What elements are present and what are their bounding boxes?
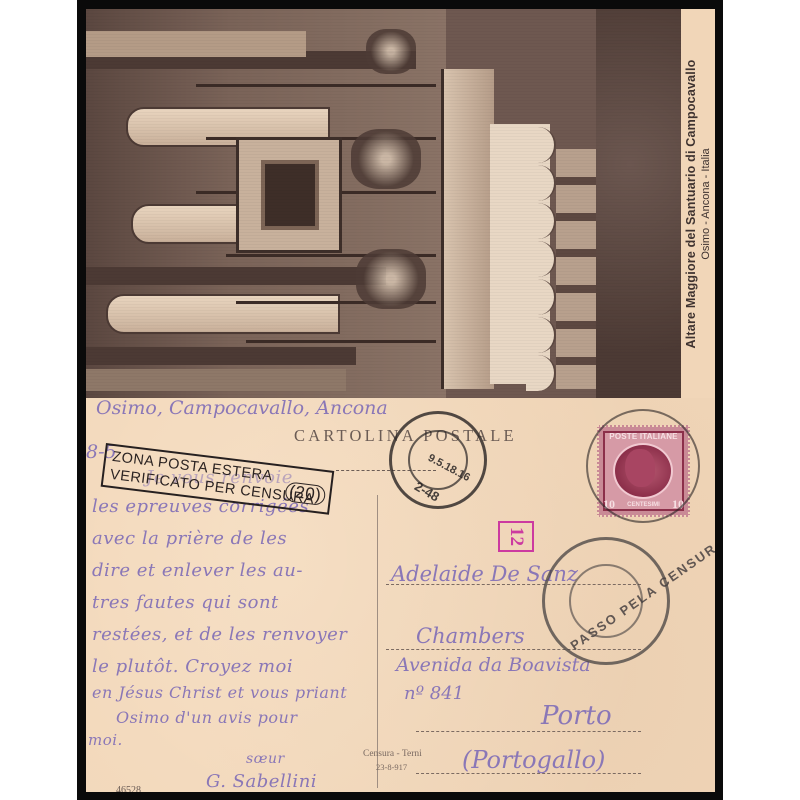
- postmark-censor: PASSO PELA CENSURA: [542, 537, 670, 665]
- stamp-cancellation: [586, 409, 700, 523]
- message-address-divider: [377, 495, 378, 788]
- print-number: 46528: [116, 785, 141, 792]
- caption-location: Osimo - Ancona - Italia: [700, 60, 712, 349]
- postmark-date: 9.5.18.16 2-48: [389, 411, 487, 509]
- postcard: Altare Maggiore del Santuario di Campoca…: [86, 9, 715, 792]
- message-line: avec la prière de les: [92, 528, 287, 549]
- censor-print-line-1: Censura - Terni: [363, 749, 422, 759]
- recipient-country: (Portogallo): [462, 746, 605, 774]
- magenta-box-stamp: 12: [498, 521, 534, 552]
- message-line: Osimo d'un avis pour: [116, 708, 298, 727]
- altar-photograph: [86, 9, 681, 398]
- box-stamp-number: 12: [503, 527, 530, 546]
- recipient-street: Avenida da Boavista: [396, 654, 591, 676]
- message-line: en Jésus Christ et vous priant: [92, 683, 347, 702]
- caption-title: Altare Maggiore del Santuario di Campoca…: [684, 60, 698, 349]
- recipient-line: Chambers: [416, 624, 525, 648]
- address-line: [416, 731, 641, 732]
- handwritten-place: Osimo, Campocavallo, Ancona: [96, 397, 388, 419]
- photo-caption: Altare Maggiore del Santuario di Campoca…: [684, 60, 712, 349]
- signature: G. Sabellini: [206, 771, 317, 792]
- message-line: moi.: [88, 731, 123, 749]
- signature-prefix: sœur: [246, 751, 285, 767]
- censor-print-line-2: 23-8-917: [376, 762, 407, 772]
- message-line: tres fautes qui sont: [92, 592, 279, 613]
- message-line: le plutôt. Croyez moi: [92, 656, 293, 677]
- recipient-city: Porto: [541, 701, 612, 731]
- message-line: dire et enlever les au-: [92, 560, 303, 581]
- photo-grain: [86, 9, 681, 398]
- message-line: restées, et de les renvoyer: [92, 624, 347, 645]
- recipient-number: nº 841: [404, 683, 464, 704]
